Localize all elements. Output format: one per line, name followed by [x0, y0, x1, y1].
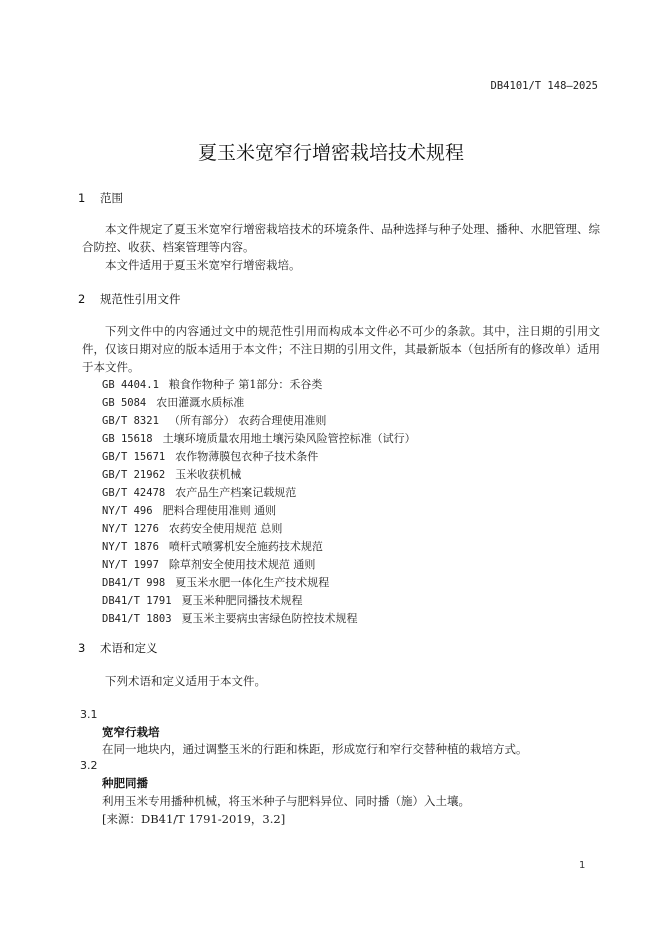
reference-item: DB41/T 998夏玉米水肥一体化生产技术规程: [102, 574, 416, 592]
section-2-body: 下列文件中的内容通过文中的规范性引用而构成本文件必不可少的条款。其中，注日期的引…: [82, 322, 600, 376]
section-3-body: 下列术语和定义适用于本文件。: [82, 672, 600, 690]
reference-title: 夏玉米种肥同播技术规程: [182, 594, 303, 607]
section-number: 1: [78, 191, 100, 205]
section-heading-3: 3术语和定义: [78, 640, 158, 656]
reference-title: （所有部分） 农药合理使用准则: [169, 414, 327, 427]
section-1-body: 本文件规定了夏玉米宽窄行增密栽培技术的环境条件、品种选择与种子处理、播种、水肥管…: [82, 220, 600, 274]
reference-title: 除草剂安全使用技术规范 通则: [169, 558, 316, 571]
reference-title: 农作物薄膜包衣种子技术条件: [175, 450, 318, 463]
reference-title: 农产品生产档案记载规范: [175, 486, 296, 499]
reference-item: GB/T 42478农产品生产档案记载规范: [102, 484, 416, 502]
reference-code: DB41/T 998: [102, 577, 165, 589]
standard-code: DB4101/T 148—2025: [491, 80, 598, 92]
reference-code: GB 4404.1: [102, 379, 159, 391]
reference-item: GB/T 15671农作物薄膜包衣种子技术条件: [102, 448, 416, 466]
reference-code: NY/T 1997: [102, 559, 159, 571]
reference-code: GB/T 15671: [102, 451, 165, 463]
section-title: 范围: [100, 191, 123, 205]
reference-code: DB41/T 1803: [102, 613, 172, 625]
reference-code: GB 5084: [102, 397, 146, 409]
term-source: [来源：DB41/T 1791-2019，3.2]: [102, 810, 285, 828]
paragraph: 本文件适用于夏玉米宽窄行增密栽培。: [82, 256, 600, 274]
section-heading-1: 1范围: [78, 190, 123, 206]
reference-code: NY/T 1276: [102, 523, 159, 535]
section-title: 术语和定义: [100, 641, 158, 655]
reference-item: GB/T 8321（所有部分） 农药合理使用准则: [102, 412, 416, 430]
reference-item: GB 4404.1粮食作物种子 第1部分：禾谷类: [102, 376, 416, 394]
reference-code: DB41/T 1791: [102, 595, 172, 607]
section-heading-2: 2规范性引用文件: [78, 291, 181, 307]
paragraph: 下列术语和定义适用于本文件。: [82, 672, 600, 690]
document-title: 夏玉米宽窄行增密栽培技术规程: [0, 138, 662, 165]
reference-title: 农田灌溉水质标准: [156, 396, 244, 409]
reference-code: GB 15618: [102, 433, 153, 445]
reference-item: GB/T 21962玉米收获机械: [102, 466, 416, 484]
reference-code: GB/T 21962: [102, 469, 165, 481]
reference-title: 玉米收获机械: [175, 468, 241, 481]
reference-item: DB41/T 1791夏玉米种肥同播技术规程: [102, 592, 416, 610]
term-definition: 在同一地块内，通过调整玉米的行距和株距，形成宽行和窄行交替种植的栽培方式。: [102, 740, 528, 758]
section-number: 3: [78, 641, 100, 655]
reference-title: 农药安全使用规范 总则: [169, 522, 283, 535]
term-name: 种肥同播: [102, 775, 148, 791]
reference-title: 粮食作物种子 第1部分：禾谷类: [169, 378, 323, 391]
reference-code: GB/T 42478: [102, 487, 165, 499]
normative-reference-list: GB 4404.1粮食作物种子 第1部分：禾谷类 GB 5084农田灌溉水质标准…: [102, 376, 416, 628]
reference-title: 土壤环境质量农用地土壤污染风险管控标准（试行）: [163, 432, 416, 445]
reference-title: 喷杆式喷雾机安全施药技术规范: [169, 540, 323, 553]
reference-item: GB 5084农田灌溉水质标准: [102, 394, 416, 412]
term-definition: 利用玉米专用播种机械，将玉米种子与肥料异位、同时播（施）入土壤。: [102, 792, 470, 810]
reference-title: 肥料合理使用准则 通则: [163, 504, 277, 517]
section-number: 2: [78, 292, 100, 306]
reference-item: NY/T 1876喷杆式喷雾机安全施药技术规范: [102, 538, 416, 556]
term-name: 宽窄行栽培: [102, 724, 160, 740]
term-number: 3.1: [80, 708, 98, 721]
reference-code: NY/T 1876: [102, 541, 159, 553]
reference-code: GB/T 8321: [102, 415, 159, 427]
reference-item: DB41/T 1803夏玉米主要病虫害绿色防控技术规程: [102, 610, 416, 628]
reference-code: NY/T 496: [102, 505, 153, 517]
reference-title: 夏玉米水肥一体化生产技术规程: [175, 576, 329, 589]
reference-item: GB 15618土壤环境质量农用地土壤污染风险管控标准（试行）: [102, 430, 416, 448]
reference-item: NY/T 496肥料合理使用准则 通则: [102, 502, 416, 520]
reference-item: NY/T 1276农药安全使用规范 总则: [102, 520, 416, 538]
page-number: 1: [579, 860, 585, 871]
reference-title: 夏玉米主要病虫害绿色防控技术规程: [182, 612, 358, 625]
term-number: 3.2: [80, 759, 98, 772]
paragraph: 本文件规定了夏玉米宽窄行增密栽培技术的环境条件、品种选择与种子处理、播种、水肥管…: [82, 220, 600, 256]
reference-item: NY/T 1997除草剂安全使用技术规范 通则: [102, 556, 416, 574]
paragraph: 下列文件中的内容通过文中的规范性引用而构成本文件必不可少的条款。其中，注日期的引…: [82, 322, 600, 376]
section-title: 规范性引用文件: [100, 292, 181, 306]
